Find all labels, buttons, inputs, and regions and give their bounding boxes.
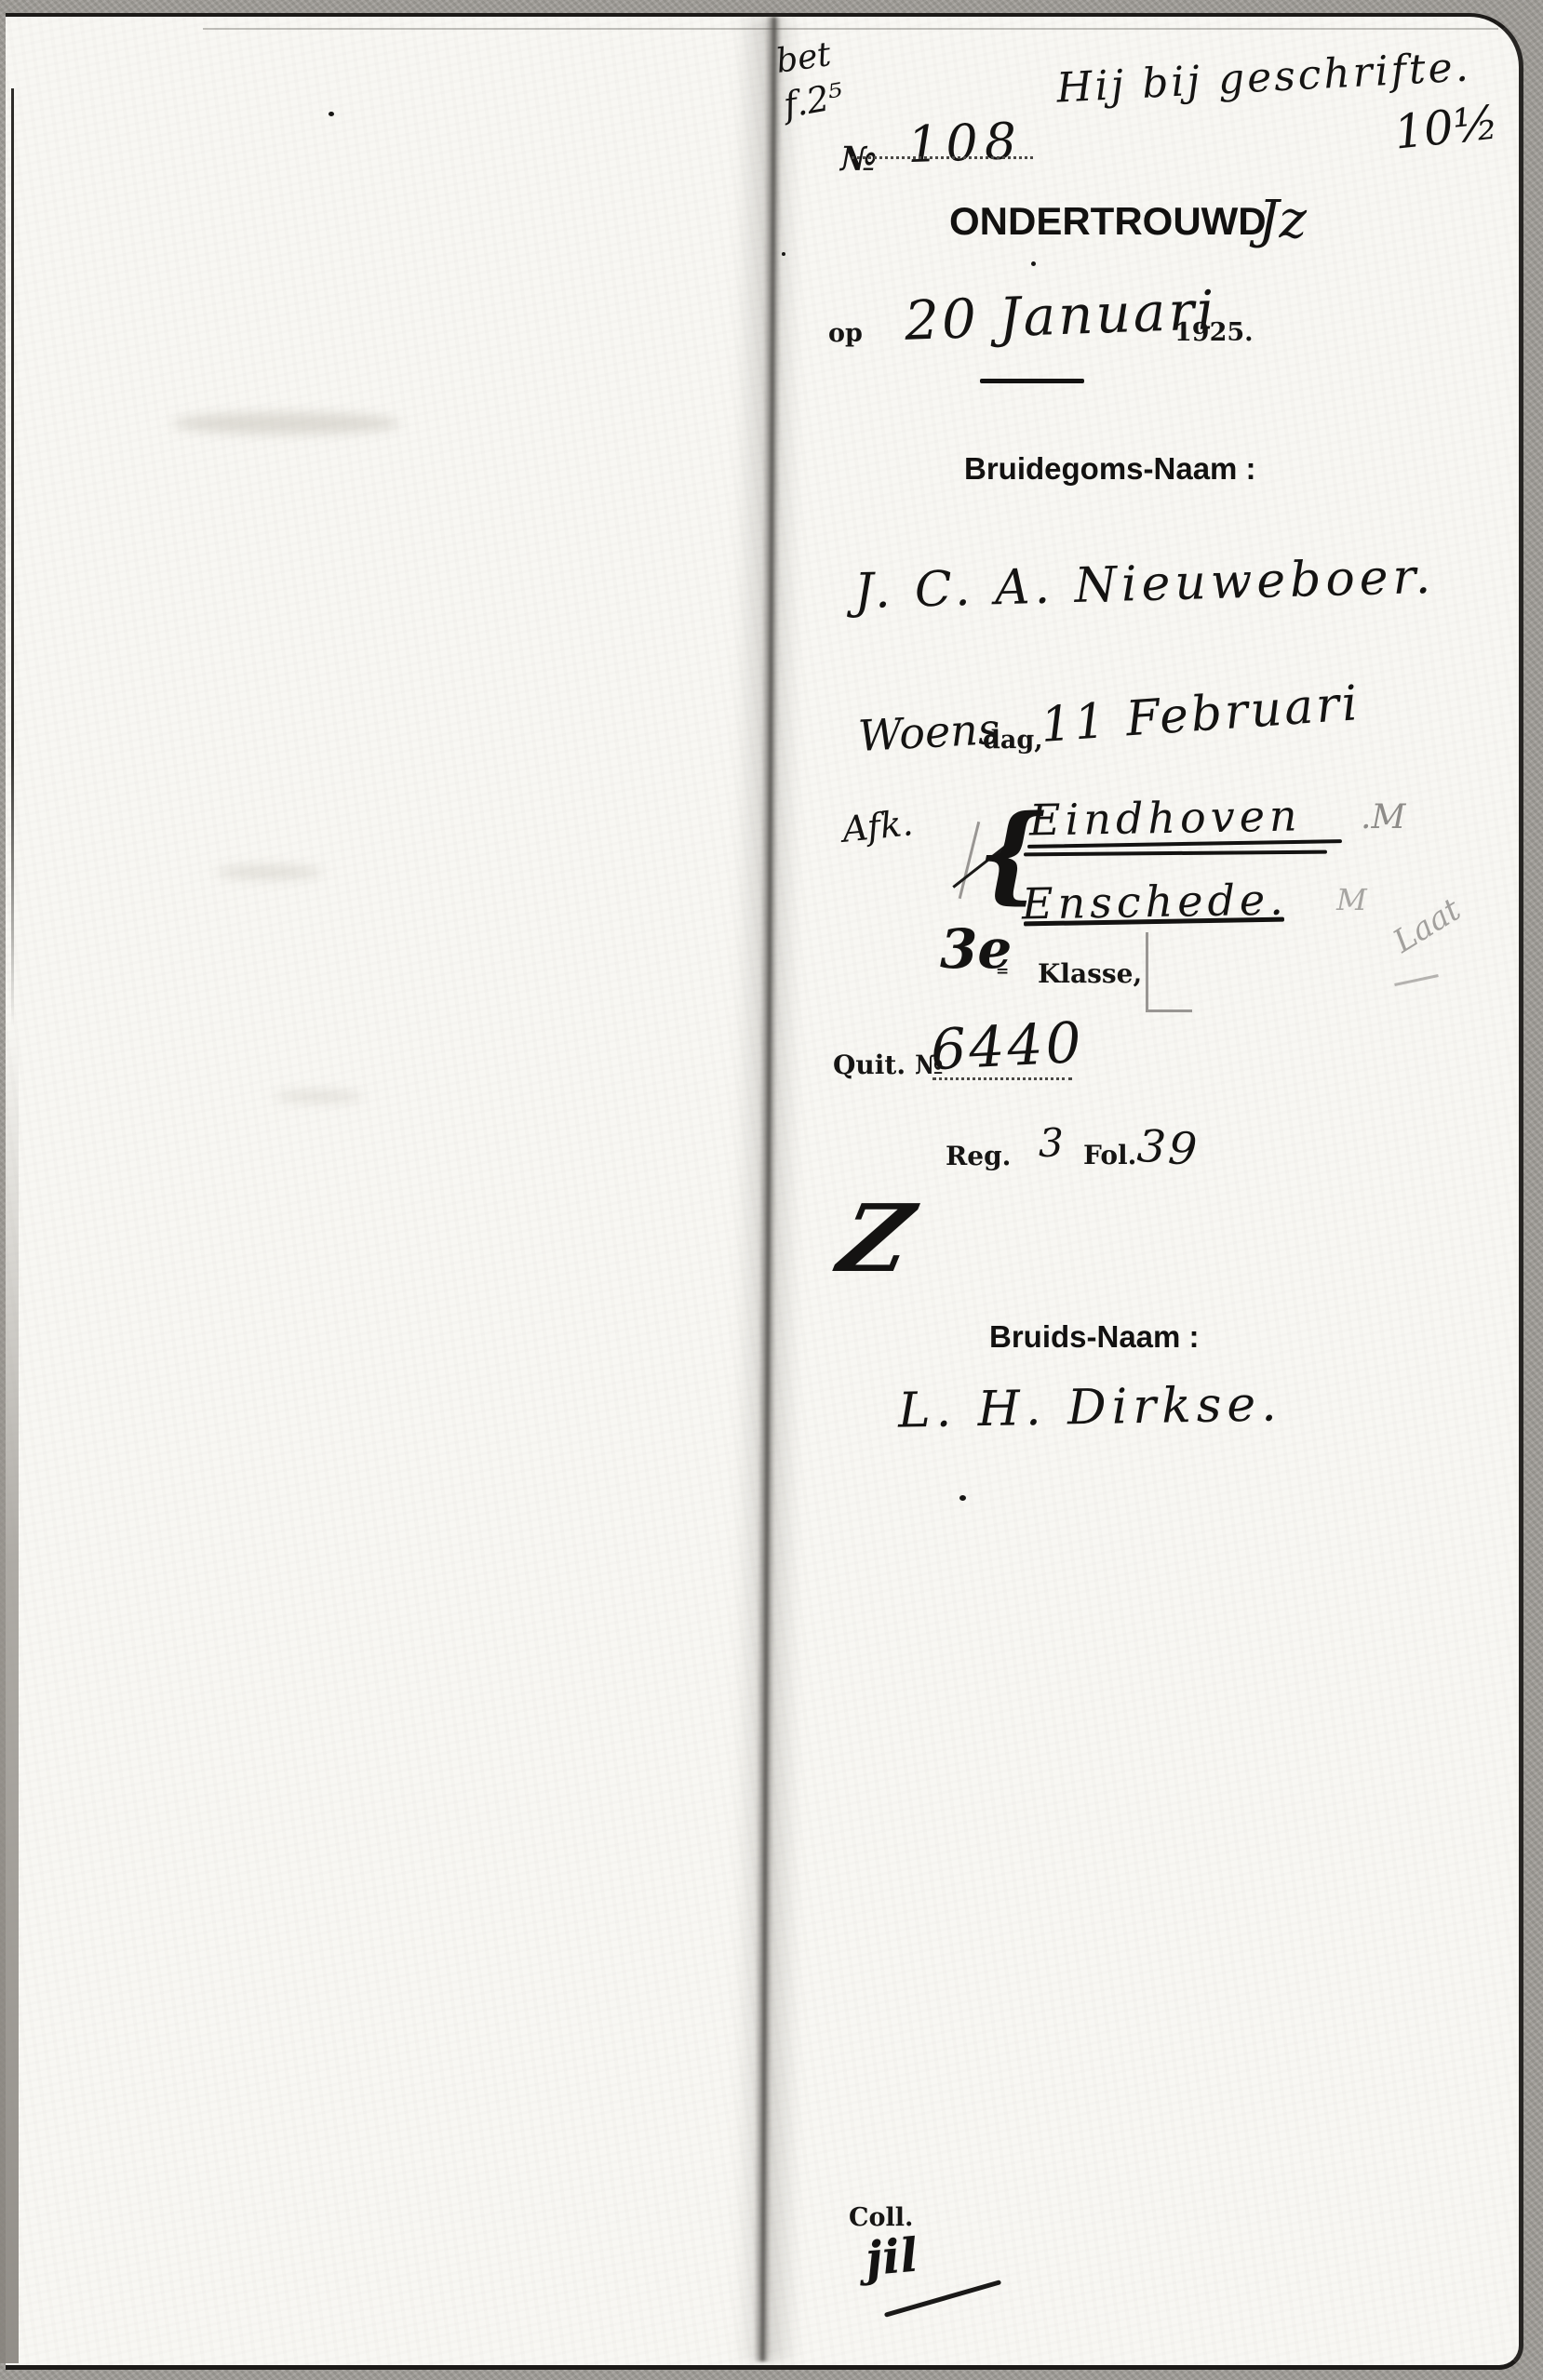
bleedthrough-smudge — [172, 412, 400, 435]
left-page-edge-line — [11, 88, 14, 1028]
document-title: ONDERTROUWD — [949, 199, 1267, 244]
quit-value-handwritten: 6440 — [929, 1010, 1085, 1084]
date-year: 1925. — [1174, 318, 1254, 347]
left-page-edge-shading — [0, 1023, 19, 2363]
date-fraction-note: 10½ — [1391, 95, 1501, 159]
pencil-bracket-vertical — [1146, 932, 1148, 1012]
class-label: Klasse, — [1038, 958, 1142, 989]
bride-label: Bruids-Naam : — [989, 1319, 1200, 1355]
ink-speck — [782, 252, 785, 256]
date-rule — [980, 379, 1084, 383]
pencil-bracket-foot — [1146, 1009, 1192, 1012]
class-equals: = — [996, 962, 1009, 981]
pencil-m-annotation-2: M — [1336, 882, 1367, 917]
number-value: 108 — [906, 112, 1024, 174]
number-label: № — [840, 140, 877, 179]
date-value-handwritten: 20 Januari — [904, 278, 1218, 353]
coll-signature: jil — [864, 2227, 920, 2287]
ink-speck — [1031, 261, 1036, 266]
groom-label: Bruidegoms-Naam : — [964, 451, 1256, 487]
date-prefix-label: op — [828, 319, 863, 348]
ink-speck — [959, 1495, 966, 1501]
bleedthrough-smudge — [275, 1090, 363, 1103]
afk-label-handwritten: Afk. — [840, 802, 915, 850]
fee-note-line1: bet — [773, 35, 833, 81]
wedding-day-handwritten: Woens — [857, 703, 1001, 761]
quit-label: Quit. № — [833, 1050, 943, 1080]
bride-name-handwritten: L. H. Dirkse. — [898, 1376, 1283, 1438]
top-faint-scan-line — [203, 28, 1498, 30]
quit-dotted-underline — [933, 1077, 1072, 1080]
bleedthrough-smudge — [216, 865, 323, 879]
title-suffix-handwritten: Jz — [1258, 190, 1307, 250]
fol-value-handwritten: 39 — [1135, 1120, 1201, 1177]
number-dotted-underline — [852, 156, 1033, 159]
reg-value-handwritten: 3 — [1039, 1120, 1064, 1166]
fol-label: Fol. — [1083, 1140, 1136, 1170]
wedding-day-printed: dag, — [983, 726, 1043, 755]
ink-speck — [329, 112, 334, 116]
pencil-m-annotation-1: .M — [1361, 798, 1405, 836]
place-1-handwritten: Eindhoven — [1029, 790, 1302, 845]
reg-label: Reg. — [946, 1141, 1011, 1171]
scanned-marriage-banns-document: bet f.2⁵ Hij bij geschrifte. 10½ № 108 O… — [0, 0, 1543, 2380]
